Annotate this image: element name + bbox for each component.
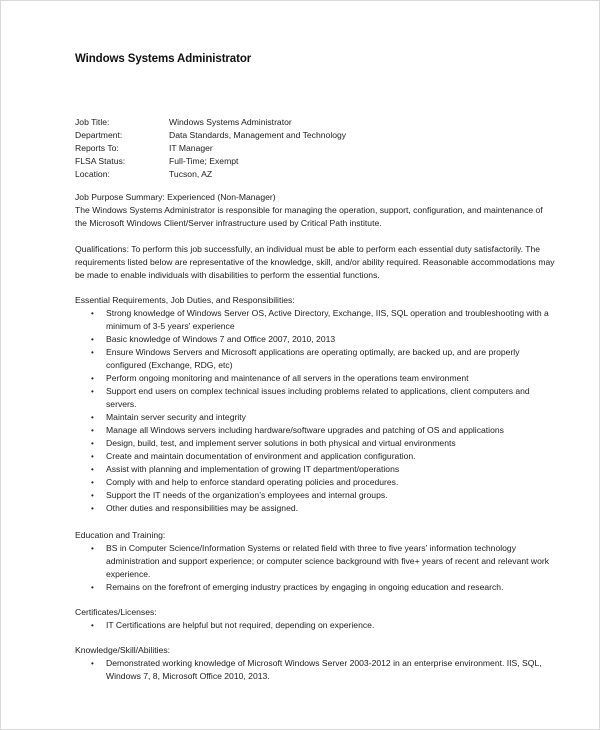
list-item: Other duties and responsibilities may be… [75,502,553,515]
list-item: Support the IT needs of the organization… [75,489,553,502]
meta-value: Data Standards, Management and Technolog… [169,130,346,140]
list-item: Remains on the forefront of emerging ind… [75,581,553,594]
list-item: Ensure Windows Servers and Microsoft app… [75,346,553,372]
document-title: Windows Systems Administrator [75,53,251,65]
purpose-heading: Job Purpose Summary: Experienced (Non-Ma… [75,191,545,204]
knowledge-list: Demonstrated working knowledge of Micros… [75,657,555,683]
meta-label: Reports To: [75,142,169,155]
document-page: Windows Systems Administrator Job Title:… [0,0,600,730]
meta-row-job-title: Job Title:Windows Systems Administrator [75,116,346,129]
qualifications-text: Qualifications: To perform this job succ… [75,243,555,282]
essential-heading: Essential Requirements, Job Duties, and … [75,294,553,307]
qualifications-section: Qualifications: To perform this job succ… [75,243,555,282]
list-item: Design, build, test, and implement serve… [75,437,553,450]
list-item: Maintain server security and integrity [75,411,553,424]
certificates-list: IT Certifications are helpful but not re… [75,619,545,632]
knowledge-section: Knowledge/Skill/Abilities: Demonstrated … [75,644,555,683]
meta-row-flsa-status: FLSA Status:Full-Time; Exempt [75,155,346,168]
purpose-section: Job Purpose Summary: Experienced (Non-Ma… [75,191,545,230]
education-section: Education and Training: BS in Computer S… [75,529,553,594]
list-item: Create and maintain documentation of env… [75,450,553,463]
list-item: Basic knowledge of Windows 7 and Office … [75,333,553,346]
meta-value: Windows Systems Administrator [169,117,292,127]
meta-label: Job Title: [75,116,169,129]
list-item: Perform ongoing monitoring and maintenan… [75,372,553,385]
meta-label: Department: [75,129,169,142]
meta-row-reports-to: Reports To:IT Manager [75,142,346,155]
job-meta-table: Job Title:Windows Systems Administrator … [75,116,346,181]
education-list: BS in Computer Science/Information Syste… [75,542,553,594]
meta-value: Full-Time; Exempt [169,156,238,166]
list-item: BS in Computer Science/Information Syste… [75,542,553,581]
list-item: Strong knowledge of Windows Server OS, A… [75,307,553,333]
meta-row-location: Location:Tucson, AZ [75,168,346,181]
education-heading: Education and Training: [75,529,553,542]
list-item: Assist with planning and implementation … [75,463,553,476]
list-item: IT Certifications are helpful but not re… [75,619,545,632]
list-item: Comply with and help to enforce standard… [75,476,553,489]
meta-value: Tucson, AZ [169,169,212,179]
certificates-heading: Certificates/Licenses: [75,606,545,619]
list-item: Manage all Windows servers including har… [75,424,553,437]
knowledge-heading: Knowledge/Skill/Abilities: [75,644,555,657]
purpose-text: The Windows Systems Administrator is res… [75,204,545,230]
meta-value: IT Manager [169,143,213,153]
meta-label: Location: [75,168,169,181]
essential-list: Strong knowledge of Windows Server OS, A… [75,307,553,515]
essential-section: Essential Requirements, Job Duties, and … [75,294,553,515]
meta-row-department: Department:Data Standards, Management an… [75,129,346,142]
meta-label: FLSA Status: [75,155,169,168]
list-item: Support end users on complex technical i… [75,385,553,411]
list-item: Demonstrated working knowledge of Micros… [75,657,555,683]
certificates-section: Certificates/Licenses: IT Certifications… [75,606,545,632]
